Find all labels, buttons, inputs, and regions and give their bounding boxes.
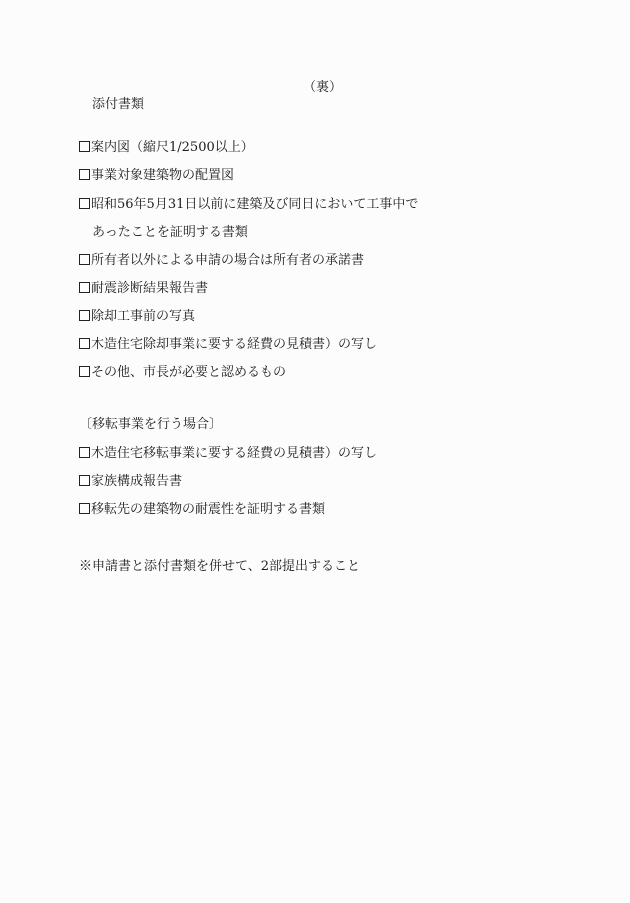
side-marker: （裏） bbox=[303, 80, 342, 96]
submission-note: ※申請書と添付書類を併せて、2部提出すること bbox=[79, 559, 360, 575]
checkbox[interactable] bbox=[79, 338, 90, 349]
checkbox[interactable] bbox=[79, 475, 90, 486]
checkbox[interactable] bbox=[79, 169, 90, 180]
checkbox[interactable] bbox=[79, 282, 90, 293]
attachment-item-other: その他、市長が必要と認めるもの bbox=[79, 365, 286, 381]
checkbox[interactable] bbox=[79, 254, 90, 265]
checkbox[interactable] bbox=[79, 447, 90, 458]
attachment-item-construction-date-proof: 昭和56年5月31日以前に建築及び同日において工事中で bbox=[79, 197, 418, 213]
attachment-item-seismic-report: 耐震診断結果報告書 bbox=[79, 281, 208, 297]
attachment-item-layout-plan: 事業対象建築物の配置図 bbox=[79, 168, 234, 184]
checkbox[interactable] bbox=[79, 198, 90, 209]
attachment-item-pre-demolition-photos: 除却工事前の写真 bbox=[79, 309, 195, 325]
relocation-section-heading: 〔移転事業を行う場合〕 bbox=[79, 417, 222, 433]
attachment-item-site-map: 案内図（縮尺1/2500以上） bbox=[79, 140, 254, 156]
checkbox[interactable] bbox=[79, 366, 90, 377]
relocation-item-seismic-proof: 移転先の建築物の耐震性を証明する書類 bbox=[79, 502, 325, 518]
relocation-item-family-report: 家族構成報告書 bbox=[79, 474, 182, 490]
relocation-item-estimate: 木造住宅移転事業に要する経費の見積書）の写し bbox=[79, 446, 377, 462]
attachment-item-owner-consent: 所有者以外による申請の場合は所有者の承諾書 bbox=[79, 253, 364, 269]
checkbox[interactable] bbox=[79, 141, 90, 152]
attachment-item-construction-date-proof-continuation: あったことを証明する書類 bbox=[92, 225, 248, 241]
checkbox[interactable] bbox=[79, 503, 90, 514]
attachments-heading: 添付書類 bbox=[92, 97, 144, 113]
checkbox[interactable] bbox=[79, 310, 90, 321]
attachment-item-demolition-estimate: 木造住宅除却事業に要する経費の見積書）の写し bbox=[79, 337, 377, 353]
